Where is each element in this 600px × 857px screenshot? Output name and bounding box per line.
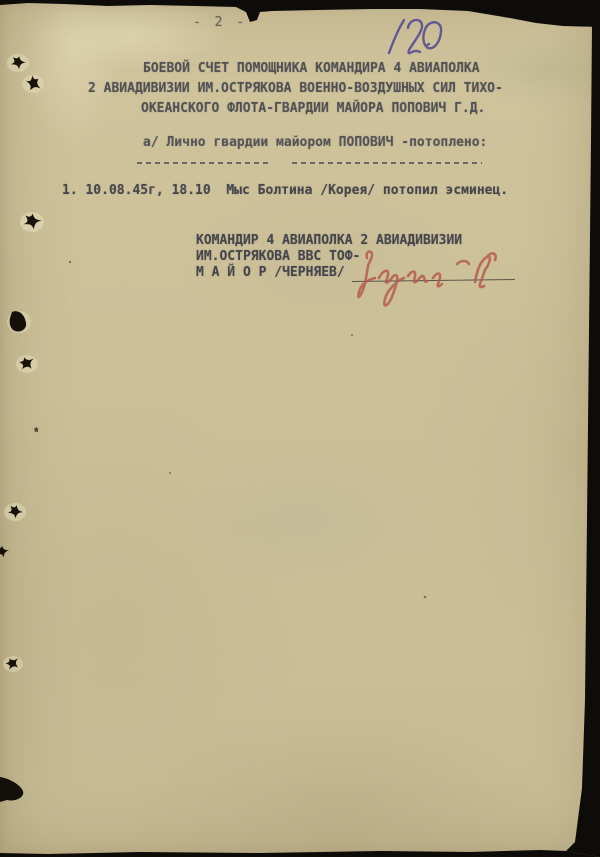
header-line-3: ОКЕАНСКОГО ФЛОТА-ГВАРДИИ МАЙОРА ПОПОВИЧ …	[141, 101, 485, 116]
handwritten-page-number-ink	[381, 15, 455, 59]
signature-block-line-2: ИМ.ОСТРЯКОВА ВВС ТОФ-	[196, 249, 360, 264]
header-line-2: 2 АВИАДИВИЗИИ ИМ.ОСТРЯКОВА ВОЕННО-ВОЗДУШ…	[88, 81, 503, 96]
paper-sheet	[0, 0, 600, 857]
signature-block-line-1: КОМАНДИР 4 АВИАПОЛКА 2 АВИАДИВИЗИИ	[196, 233, 462, 248]
header-line-1: БОЕВОЙ СЧЕТ ПОМОЩНИКА КОМАНДИРА 4 АВИАПО…	[143, 61, 480, 76]
dashed-underline-left	[137, 162, 269, 164]
combat-entry-line: 1. 10.08.45г, 18.10 Мыс Болтина /Корея/ …	[62, 183, 508, 198]
signature-block-line-3: М А Й О Р /ЧЕРНЯЕВ/	[196, 265, 345, 280]
page-number: - 2 -	[193, 15, 247, 30]
subheading-line: а/ Лично гвардии майором ПОПОВИЧ -потопл…	[143, 135, 487, 150]
handwritten-signature-ink	[353, 247, 503, 317]
scanned-document-page: - 2 - БОЕВОЙ СЧЕТ ПОМОЩНИКА КОМАНДИРА 4 …	[0, 0, 600, 857]
dashed-underline-right	[292, 162, 482, 164]
